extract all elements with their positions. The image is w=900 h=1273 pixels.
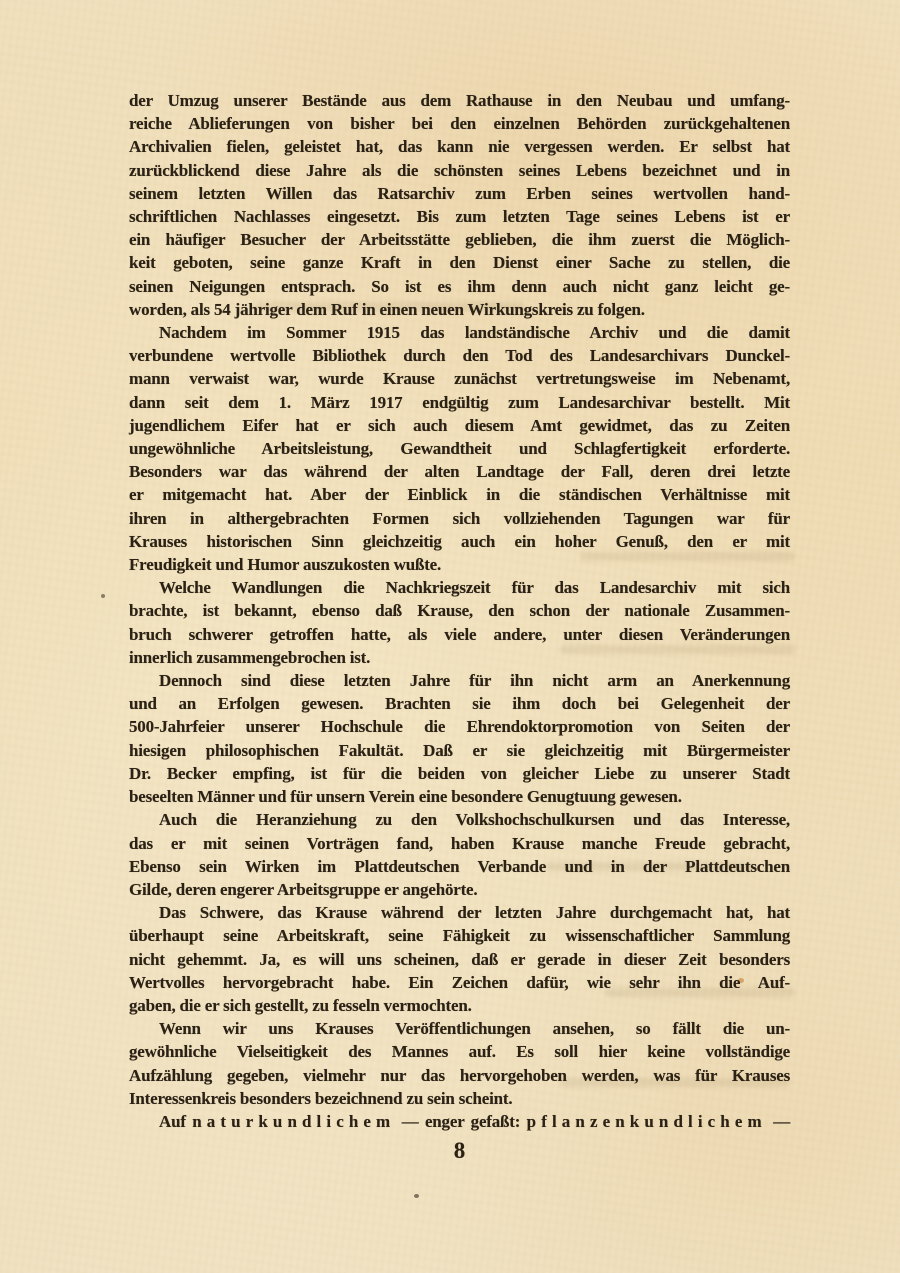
text-block: der Umzug unserer Bestände aus dem Ratha… xyxy=(129,89,790,1133)
text-line: Auch die Heranziehung zu den Volkshochsc… xyxy=(129,808,790,831)
text-line: dann seit dem 1. März 1917 endgültig zum… xyxy=(129,391,790,414)
text-line: nicht gehemmt. Ja, es will uns scheinen,… xyxy=(129,948,790,971)
text-line: ihren in althergebrachten Formen sich vo… xyxy=(129,507,790,530)
text-line: Auf naturkundlichem — enger gefaßt: pfla… xyxy=(129,1110,790,1133)
text-line: 500-Jahrfeier unserer Hochschule die Ehr… xyxy=(129,715,790,738)
text-line: schriftlichen Nachlasses eingesetzt. Bis… xyxy=(129,205,790,228)
text-segment: — xyxy=(767,1112,790,1131)
text-line: Das Schwere, das Krause während der letz… xyxy=(129,901,790,924)
text-segment: Auf xyxy=(159,1112,192,1131)
letterspaced-emphasis: naturkundlichem xyxy=(192,1112,395,1131)
text-line: ein häufiger Besucher der Arbeitsstätte … xyxy=(129,228,790,251)
paragraph: Wenn wir uns Krauses Veröffentlichungen … xyxy=(129,1017,790,1110)
text-line: mann verwaist war, wurde Krause zunächst… xyxy=(129,367,790,390)
text-line: brachte, ist bekannt, ebenso daß Krause,… xyxy=(129,599,790,622)
text-line: Wertvolles hervorgebracht habe. Ein Zeic… xyxy=(129,971,790,994)
page-footer: 8 xyxy=(129,1138,790,1164)
text-line: ungewöhnliche Arbeitsleistung, Gewandthe… xyxy=(129,437,790,460)
text-line: er mitgemacht hat. Aber der Einblick in … xyxy=(129,483,790,506)
text-line: seinem letzten Willen das Ratsarchiv zum… xyxy=(129,182,790,205)
text-line: jugendlichem Eifer hat er sich auch dies… xyxy=(129,414,790,437)
text-line: Freudigkeit und Humor auszukosten wußte. xyxy=(129,553,790,576)
paragraph: Auf naturkundlichem — enger gefaßt: pfla… xyxy=(129,1110,790,1133)
paragraph: Nachdem im Sommer 1915 das landständisch… xyxy=(129,321,790,576)
text-line: innerlich zusammengebrochen ist. xyxy=(129,646,790,669)
paragraph: Dennoch sind diese letzten Jahre für ihn… xyxy=(129,669,790,808)
text-line: das er mit seinen Vorträgen fand, haben … xyxy=(129,832,790,855)
text-line: Nachdem im Sommer 1915 das landständisch… xyxy=(129,321,790,344)
text-line: gaben, die er sich gestellt, zu fesseln … xyxy=(129,994,790,1017)
page-number: 8 xyxy=(454,1138,466,1163)
text-line: seinen Neigungen entsprach. So ist es ih… xyxy=(129,275,790,298)
paragraph: Welche Wandlungen die Nachkriegszeit für… xyxy=(129,576,790,669)
text-line: und an Erfolgen gewesen. Brachten sie ih… xyxy=(129,692,790,715)
letterspaced-emphasis: pflanzenkundlichem xyxy=(527,1112,767,1131)
ink-speck xyxy=(414,1194,419,1198)
text-line: Archivalien fielen, geleistet hat, das k… xyxy=(129,135,790,158)
text-line: zurückblickend diese Jahre als die schön… xyxy=(129,159,790,182)
text-line: Dr. Becker empfing, ist für die beiden v… xyxy=(129,762,790,785)
text-line: Ebenso sein Wirken im Plattdeutschen Ver… xyxy=(129,855,790,878)
text-line: bruch schwerer getroffen hatte, als viel… xyxy=(129,623,790,646)
ink-speck xyxy=(101,594,105,598)
text-line: Wenn wir uns Krauses Veröffentlichungen … xyxy=(129,1017,790,1040)
text-line: verbundene wertvolle Bibliothek durch de… xyxy=(129,344,790,367)
text-line: Interessenkreis besonders bezeichnend zu… xyxy=(129,1087,790,1110)
text-segment: — enger gefaßt: xyxy=(395,1112,526,1131)
text-line: hiesigen philosophischen Fakultät. Daß e… xyxy=(129,739,790,762)
text-line: beseelten Männer und für unsern Verein e… xyxy=(129,785,790,808)
paragraph: der Umzug unserer Bestände aus dem Ratha… xyxy=(129,89,790,321)
text-line: der Umzug unserer Bestände aus dem Ratha… xyxy=(129,89,790,112)
text-line: reiche Ablieferungen von bisher bei den … xyxy=(129,112,790,135)
text-line: überhaupt seine Arbeitskraft, seine Fähi… xyxy=(129,924,790,947)
text-line: keit geboten, seine ganze Kraft in den D… xyxy=(129,251,790,274)
text-line: Krauses historischen Sinn gleichzeitig a… xyxy=(129,530,790,553)
text-line: Welche Wandlungen die Nachkriegszeit für… xyxy=(129,576,790,599)
text-line: Dennoch sind diese letzten Jahre für ihn… xyxy=(129,669,790,692)
text-line: Gilde, deren engerer Arbeitsgruppe er an… xyxy=(129,878,790,901)
text-line: worden, als 54 jähriger dem Ruf in einen… xyxy=(129,298,790,321)
paragraph: Das Schwere, das Krause während der letz… xyxy=(129,901,790,1017)
text-line: Besonders war das während der alten Land… xyxy=(129,460,790,483)
paragraph: Auch die Heranziehung zu den Volkshochsc… xyxy=(129,808,790,901)
text-line: gewöhnliche Vielseitigkeit des Mannes au… xyxy=(129,1040,790,1063)
text-line: Aufzählung gegeben, vielmehr nur das her… xyxy=(129,1064,790,1087)
